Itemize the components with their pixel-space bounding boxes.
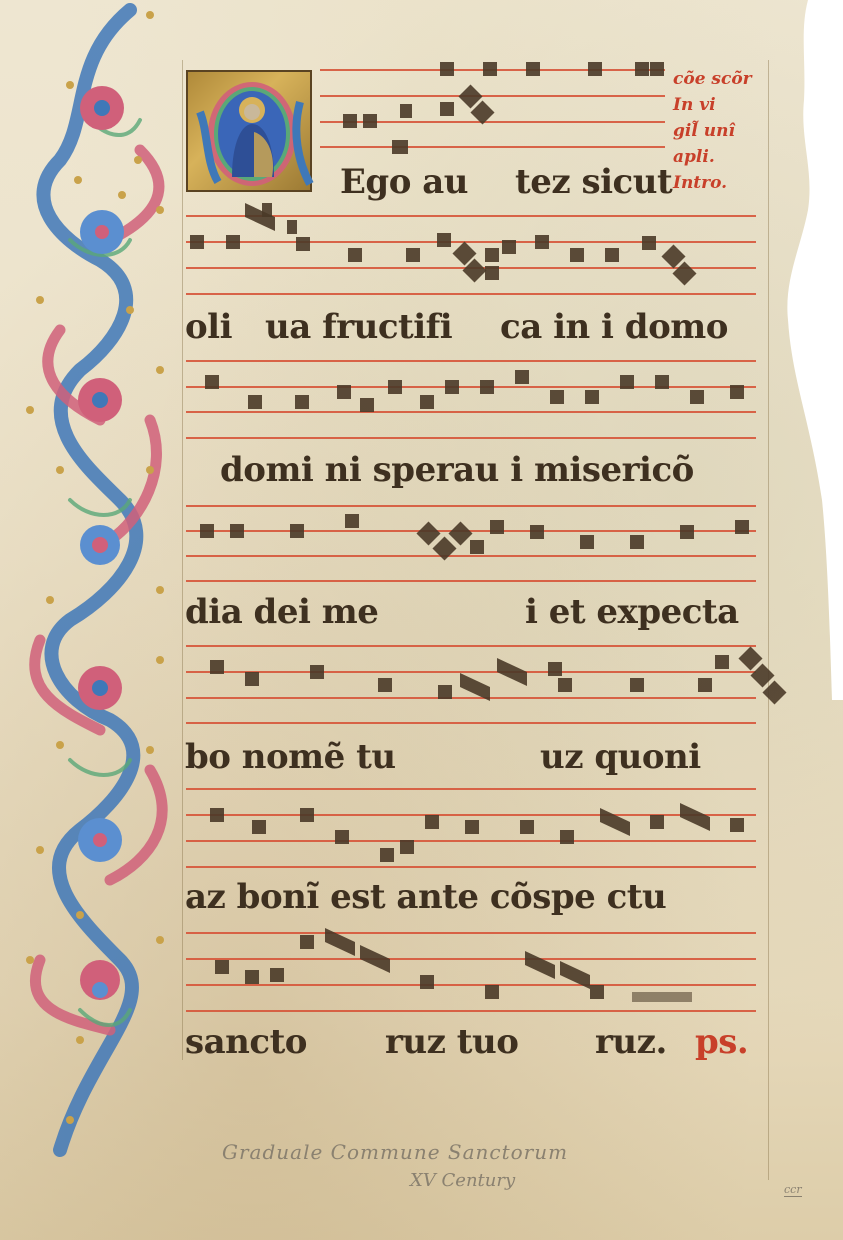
- lyric-line-3: domi ni sperau i misericõ: [185, 448, 765, 492]
- lyric-line-4: dia dei me i et expecta: [185, 590, 765, 634]
- staff-line: [186, 722, 756, 724]
- staff-line: [320, 146, 665, 148]
- lyric-segment: domi ni sperau i misericõ: [220, 448, 694, 492]
- staff-line: [186, 411, 756, 413]
- staff-line: [186, 645, 756, 647]
- rubric-line: cõe scõr: [673, 66, 773, 92]
- staff-line: [186, 932, 756, 934]
- staff-line: [186, 386, 756, 388]
- lyric-segment: az bonĩ est ante cõspe ctu: [185, 875, 666, 919]
- staff-line: [186, 580, 756, 582]
- staff-line: [320, 95, 665, 97]
- manuscript-leaf: cõe scõr In vi gil̃ unî apli. Intro.: [0, 0, 843, 1240]
- lyric-segment: ruz.: [595, 1020, 667, 1064]
- staff-line: [186, 866, 756, 868]
- lyric-segment: Ego au: [340, 160, 468, 204]
- lyric-line-7: sancto ruz tuo ruz. ps.: [185, 1020, 765, 1064]
- pencil-annotation-date: XV Century: [410, 1170, 515, 1191]
- psalm-cue: ps.: [695, 1020, 748, 1064]
- lyric-line-2: oli ua fructifi ca in i domo: [185, 305, 765, 349]
- staff-line: [186, 814, 756, 816]
- staff-line: [186, 293, 756, 295]
- rubric-line: In vi: [673, 92, 773, 118]
- staff-line: [186, 505, 756, 507]
- staff-line: [186, 437, 756, 439]
- staff-line: [186, 555, 756, 557]
- staff-line: [186, 241, 756, 243]
- pencil-annotation-title: Graduale Commune Sanctorum: [222, 1140, 568, 1164]
- shelf-mark: ccr: [784, 1183, 802, 1197]
- lyric-line-6: az bonĩ est ante cõspe ctu: [185, 875, 765, 919]
- staff-line: [186, 840, 756, 842]
- ruling-right: [768, 60, 769, 1180]
- lyric-segment: ua fructifi: [265, 305, 452, 349]
- staff-line: [186, 671, 756, 673]
- rubric-line: gil̃ unî: [673, 118, 773, 144]
- torn-edge: [770, 0, 843, 700]
- staff-line: [186, 360, 756, 362]
- staff-line: [186, 984, 756, 986]
- lyric-segment: uz quoni: [540, 735, 701, 779]
- lyric-segment: i et expecta: [525, 590, 739, 634]
- lyric-segment: ruz tuo: [385, 1020, 518, 1064]
- lyric-segment: dia dei me: [185, 590, 378, 634]
- floral-border: [0, 0, 190, 1170]
- lyric-line-1: Ego au tez sicut: [185, 160, 765, 204]
- lyric-segment: tez sicut: [515, 160, 672, 204]
- staff-line: [186, 958, 756, 960]
- staff-line: [186, 788, 756, 790]
- lyric-segment: sancto: [185, 1020, 307, 1064]
- lyric-line-5: bo nomẽ tu uz quoni: [185, 735, 765, 779]
- rosette-flowers: [78, 86, 124, 1000]
- staff-line: [186, 1010, 756, 1012]
- lyric-segment: bo nomẽ tu: [185, 735, 396, 779]
- lyric-segment: ca in i domo: [500, 305, 728, 349]
- lyric-segment: oli: [185, 305, 232, 349]
- staff-line: [186, 697, 756, 699]
